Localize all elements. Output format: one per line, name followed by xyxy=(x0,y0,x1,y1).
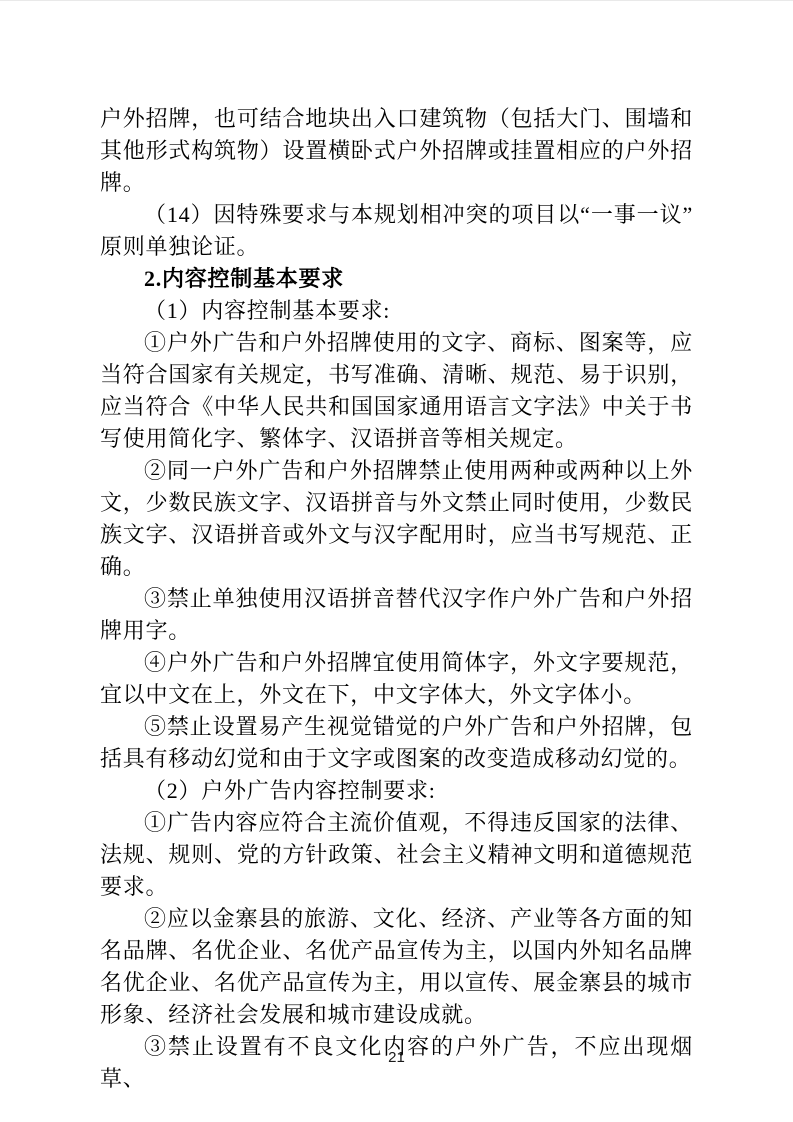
paragraph-continuation: 户外招牌，也可结合地块出入口建筑物（包括大门、围墙和其他形式构筑物）设置横卧式户… xyxy=(100,103,693,199)
paragraph-rule-1: ①户外广告和户外招牌使用的文字、商标、图案等，应当符合国家有关规定，书写准确、清… xyxy=(100,327,693,455)
paragraph-rule-5: ⑤禁止设置易产生视觉错觉的户外广告和户外招牌，包括具有移动幻觉和由于文字或图案的… xyxy=(100,711,693,775)
document-page: 户外招牌，也可结合地块出入口建筑物（包括大门、围墙和其他形式构筑物）设置横卧式户… xyxy=(0,0,793,1122)
paragraph-ad-rule-1: ①广告内容应符合主流价值观，不得违反国家的法律、法规、规则、党的方针政策、社会主… xyxy=(100,807,693,903)
page-footer: 21 xyxy=(0,1049,793,1122)
document-body: 户外招牌，也可结合地块出入口建筑物（包括大门、围墙和其他形式构筑物）设置横卧式户… xyxy=(100,103,693,1095)
paragraph-rule-2: ②同一户外广告和户外招牌禁止使用两种或两种以上外文，少数民族文字、汉语拼音与外文… xyxy=(100,455,693,583)
paragraph-item-14: （14）因特殊要求与本规划相冲突的项目以“一事一议”原则单独论证。 xyxy=(100,199,693,263)
paragraph-rule-3: ③禁止单独使用汉语拼音替代汉字作户外广告和户外招牌用字。 xyxy=(100,583,693,647)
paragraph-subheading-2: （2）户外广告内容控制要求: xyxy=(100,775,693,807)
page-edge-divider xyxy=(0,0,793,1)
section-heading-content-control: 2.内容控制基本要求 xyxy=(100,263,693,295)
page-number: 21 xyxy=(388,1049,405,1066)
paragraph-ad-rule-2: ②应以金寨县的旅游、文化、经济、产业等各方面的知名品牌、名优企业、名优产品宣传为… xyxy=(100,903,693,1031)
paragraph-rule-4: ④户外广告和户外招牌宜使用简体字，外文字要规范，宜以中文在上，外文在下，中文字体… xyxy=(100,647,693,711)
paragraph-subheading-1: （1）内容控制基本要求: xyxy=(100,295,693,327)
